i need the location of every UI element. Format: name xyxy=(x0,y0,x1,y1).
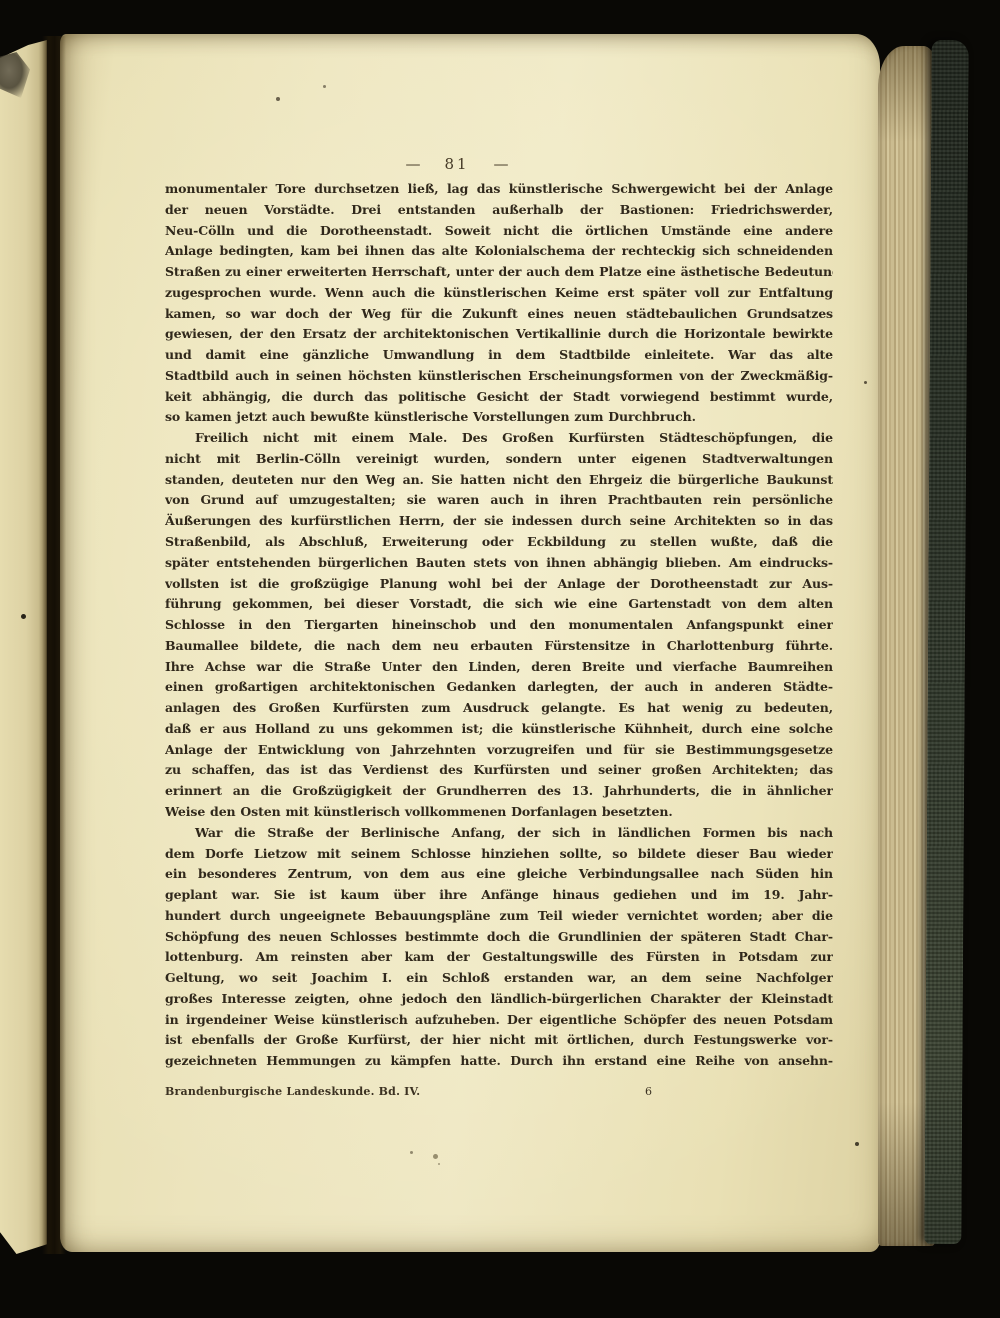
text-line: von Grund auf umzugestalten; sie waren a… xyxy=(165,490,833,511)
text-line: einen großartigen architektonischen Geda… xyxy=(165,677,833,698)
text-line: nicht mit Berlin-Cölln vereinigt wurden,… xyxy=(165,449,833,470)
text-line: so kamen jetzt auch bewußte künstlerisch… xyxy=(165,407,833,428)
paper-speck xyxy=(855,1142,859,1146)
text-line: zugesprochen wurde. Wenn auch die künstl… xyxy=(165,283,833,304)
text-line: Anlage bedingten, kam bei ihnen das alte… xyxy=(165,241,833,262)
text-line: Stadtbild auch in seinen höchsten künstl… xyxy=(165,366,833,387)
text-line: Neu-Cölln und die Dorotheenstadt. Soweit… xyxy=(165,221,833,242)
text-line: kamen, so war doch der Weg für die Zukun… xyxy=(165,304,833,325)
header-dash-right: — xyxy=(494,155,509,173)
paper-speck xyxy=(433,1154,438,1159)
text-line: ein besonderes Zentrum, von dem aus eine… xyxy=(165,864,833,885)
text-line: Anlage der Entwicklung von Jahrzehnten v… xyxy=(165,740,833,761)
text-line: lottenburg. Am reinsten aber kam der Ges… xyxy=(165,947,833,968)
page-header: — 81 — xyxy=(342,155,572,173)
text-line: vollsten ist die großzügige Planung wohl… xyxy=(165,574,833,595)
facing-page-edge xyxy=(0,40,47,1254)
text-line: standen, deuteten nur den Weg an. Sie ha… xyxy=(165,470,833,491)
text-line: großes Interesse zeigten, ohne jedoch de… xyxy=(165,989,833,1010)
text-line: daß er aus Holland zu uns gekommen ist; … xyxy=(165,719,833,740)
signature-mark: 6 xyxy=(645,1085,652,1098)
book-cover xyxy=(924,40,968,1244)
text-line: und damit eine gänzliche Umwandlung in d… xyxy=(165,345,833,366)
paper-speck xyxy=(438,1163,440,1165)
text-line: Baumallee bildete, die nach dem neu erba… xyxy=(165,636,833,657)
paper-speck xyxy=(276,97,280,101)
text-line: ist ebenfalls der Große Kurfürst, der hi… xyxy=(165,1030,833,1051)
text-line: dem Dorfe Lietzow mit seinem Schlosse hi… xyxy=(165,844,833,865)
header-dash-left: — xyxy=(405,155,420,173)
page-number: 81 xyxy=(444,155,469,173)
text-line: erinnert an die Großzügigkeit der Grundh… xyxy=(165,781,833,802)
text-line: anlagen des Großen Kurfürsten zum Ausdru… xyxy=(165,698,833,719)
paper-speck xyxy=(864,381,867,384)
text-line: monumentaler Tore durchsetzen ließ, lag … xyxy=(165,179,833,200)
text-line: keit abhängig, die durch das politische … xyxy=(165,387,833,408)
book-page: — 81 — monumentaler Tore durchsetzen lie… xyxy=(60,34,880,1252)
series-title: Brandenburgische Landeskunde. Bd. IV. xyxy=(165,1085,420,1098)
text-line: gewiesen, der den Ersatz der architekton… xyxy=(165,324,833,345)
text-line: gezeichneten Hemmungen zu kämpfen hatte.… xyxy=(165,1051,833,1072)
text-line: Freilich nicht mit einem Male. Des Große… xyxy=(165,428,833,449)
text-line: später entstehenden bürgerlichen Bauten … xyxy=(165,553,833,574)
page-text: monumentaler Tore durchsetzen ließ, lag … xyxy=(165,179,833,1072)
text-line: Straßen zu einer erweiterten Herrschaft,… xyxy=(165,262,833,283)
paper-speck xyxy=(323,85,326,88)
text-line: der neuen Vorstädte. Drei entstanden auß… xyxy=(165,200,833,221)
text-line: Schöpfung des neuen Schlosses bestimmte … xyxy=(165,927,833,948)
text-line: in irgendeiner Weise künstlerisch aufzuh… xyxy=(165,1010,833,1031)
text-line: führung gekommen, bei dieser Vorstadt, d… xyxy=(165,594,833,615)
paper-speck xyxy=(410,1151,413,1154)
text-line: geplant war. Sie ist kaum über ihre Anfä… xyxy=(165,885,833,906)
text-line: Schlosse in den Tiergarten hineinschob u… xyxy=(165,615,833,636)
text-line: Geltung, wo seit Joachim I. ein Schloß e… xyxy=(165,968,833,989)
text-line: hundert durch ungeeignete Bebauungspläne… xyxy=(165,906,833,927)
text-line: War die Straße der Berlinische Anfang, d… xyxy=(165,823,833,844)
text-line: Ihre Achse war die Straße Unter den Lind… xyxy=(165,657,833,678)
text-line: zu schaffen, das ist das Verdienst des K… xyxy=(165,760,833,781)
paper-speck xyxy=(21,614,26,619)
page-footer: Brandenburgische Landeskunde. Bd. IV. 6 xyxy=(165,1085,833,1105)
gutter-shadow xyxy=(42,36,66,1254)
text-line: Weise den Osten mit künstlerisch vollkom… xyxy=(165,802,833,823)
book-photo: — 81 — monumentaler Tore durchsetzen lie… xyxy=(0,0,1000,1318)
text-line: Äußerungen des kurfürstlichen Herrn, der… xyxy=(165,511,833,532)
text-line: Straßenbild, als Abschluß, Erweiterung o… xyxy=(165,532,833,553)
